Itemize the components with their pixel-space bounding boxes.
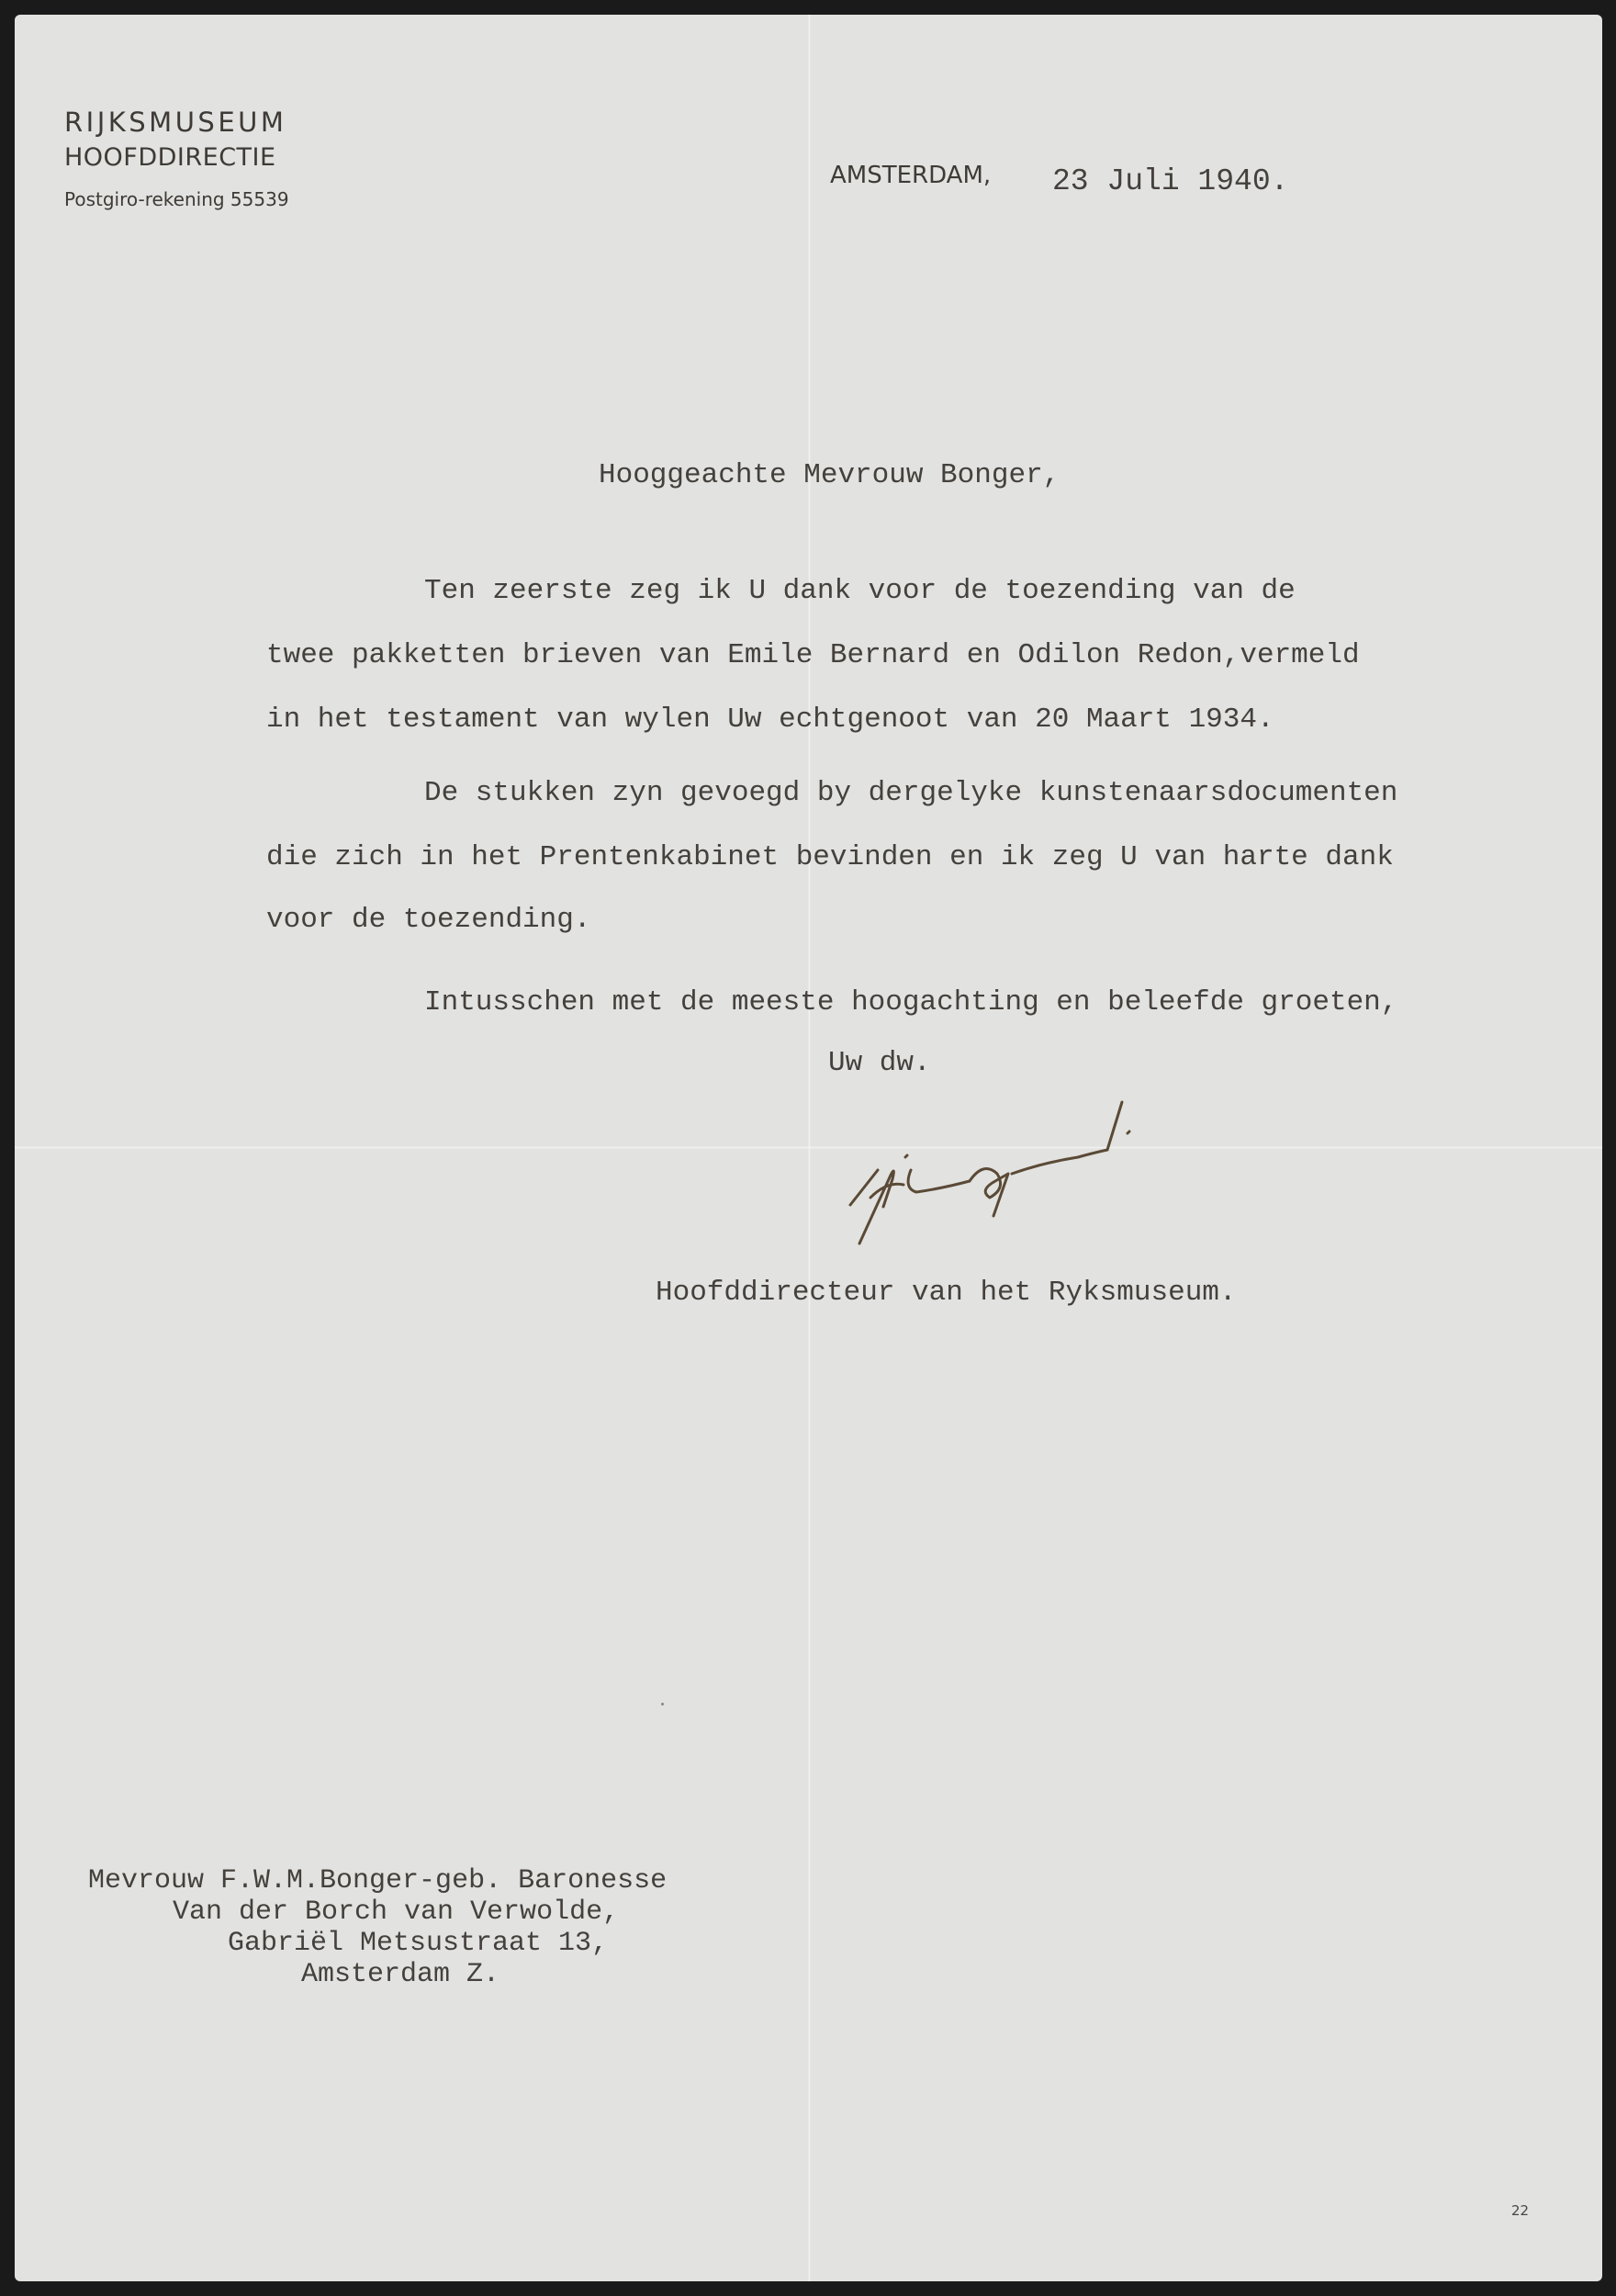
closing-line: Intusschen met de meeste hoogachting en … <box>424 986 1397 1019</box>
letter-page: RIJKSMUSEUM HOOFDDIRECTIE Postgiro-reken… <box>15 15 1602 2281</box>
letterhead-institution: RIJKSMUSEUM <box>64 107 286 138</box>
recipient-line: Van der Borch van Verwolde, <box>173 1896 619 1929</box>
body-line: in het testament van wylen Uw echtgenoot… <box>266 703 1274 737</box>
body-line: De stukken zyn gevoegd by dergelyke kuns… <box>424 777 1397 810</box>
recipient-line: Gabriël Metsustraat 13, <box>228 1927 608 1960</box>
signatory-title: Hoofddirecteur van het Ryksmuseum. <box>656 1277 1237 1310</box>
body-line: twee pakketten brieven van Emile Bernard… <box>266 639 1360 672</box>
letter-date: 23 Juli 1940. <box>1052 165 1288 198</box>
salutation: Hooggeachte Mevrouw Bonger, <box>599 459 1060 492</box>
page-number: 22 <box>1511 2202 1529 2219</box>
recipient-line: Mevrouw F.W.M.Bonger-geb. Baronesse <box>88 1864 667 1897</box>
letterhead-city: AMSTERDAM, <box>830 162 991 189</box>
letterhead-postgiro: Postgiro-rekening 55539 <box>64 187 289 211</box>
closing-valediction: Uw dw. <box>828 1047 931 1080</box>
recipient-line: Amsterdam Z. <box>301 1958 499 1991</box>
signature-icon <box>832 1097 1273 1253</box>
body-line: Ten zeerste zeg ik U dank voor de toezen… <box>424 575 1296 608</box>
body-line: voor de toezending. <box>266 904 590 937</box>
body-line: die zich in het Prentenkabinet bevinden … <box>266 841 1394 874</box>
horizontal-fold-line <box>15 1146 1602 1149</box>
letterhead-department: HOOFDDIRECTIE <box>64 143 276 173</box>
paper-speck <box>661 1703 664 1705</box>
